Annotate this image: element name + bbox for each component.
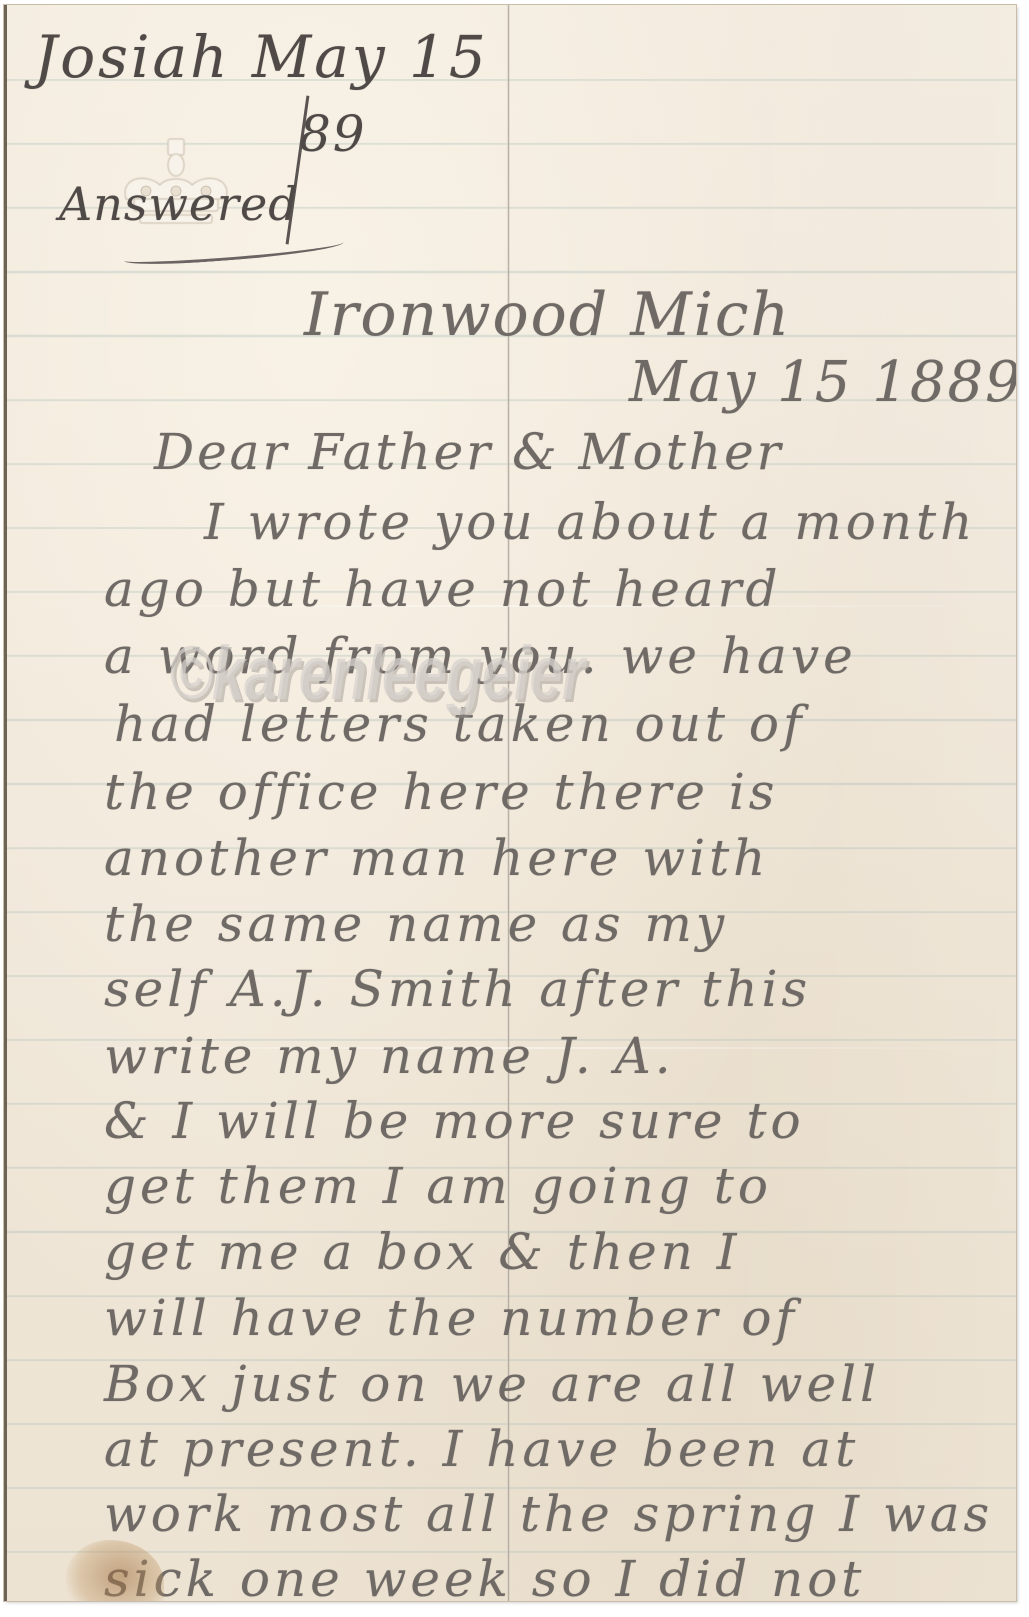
page-left-edge [4, 5, 7, 1601]
body-line: another man here with [104, 829, 769, 887]
copyright-watermark: ©karenleegeier [169, 630, 584, 717]
body-line: at present. I have been at [104, 1420, 859, 1478]
body-line: sick one week so I did not [104, 1550, 865, 1601]
body-line: get me a box & then I [104, 1223, 741, 1281]
letter-place: Ironwood Mich [304, 280, 791, 350]
annotation-answered: Answered [59, 177, 299, 231]
letter-greeting: Dear Father & Mother [154, 423, 784, 481]
annotation-name-date: Josiah May 15 [34, 23, 489, 91]
body-line: & I will be more sure to [104, 1092, 805, 1150]
body-line: get them I am going to [104, 1157, 772, 1215]
body-line: the same name as my [104, 895, 728, 953]
body-line: Box just on we are all well [104, 1355, 880, 1413]
body-line: will have the number of [104, 1289, 798, 1347]
letter-page: Josiah May 15 89 Answered Ironwood Mich … [4, 5, 1016, 1601]
annotation-year: 89 [299, 105, 367, 163]
body-line: the office here there is [104, 763, 778, 821]
body-line: ago but have not heard [104, 560, 782, 618]
letter-date: May 15 1889 [629, 350, 1016, 415]
body-line: write my name J. A. [104, 1027, 675, 1085]
body-line: self A.J. Smith after this [104, 960, 811, 1018]
body-line: work most all the spring I was [104, 1485, 993, 1543]
body-line: I wrote you about a month [204, 493, 976, 551]
